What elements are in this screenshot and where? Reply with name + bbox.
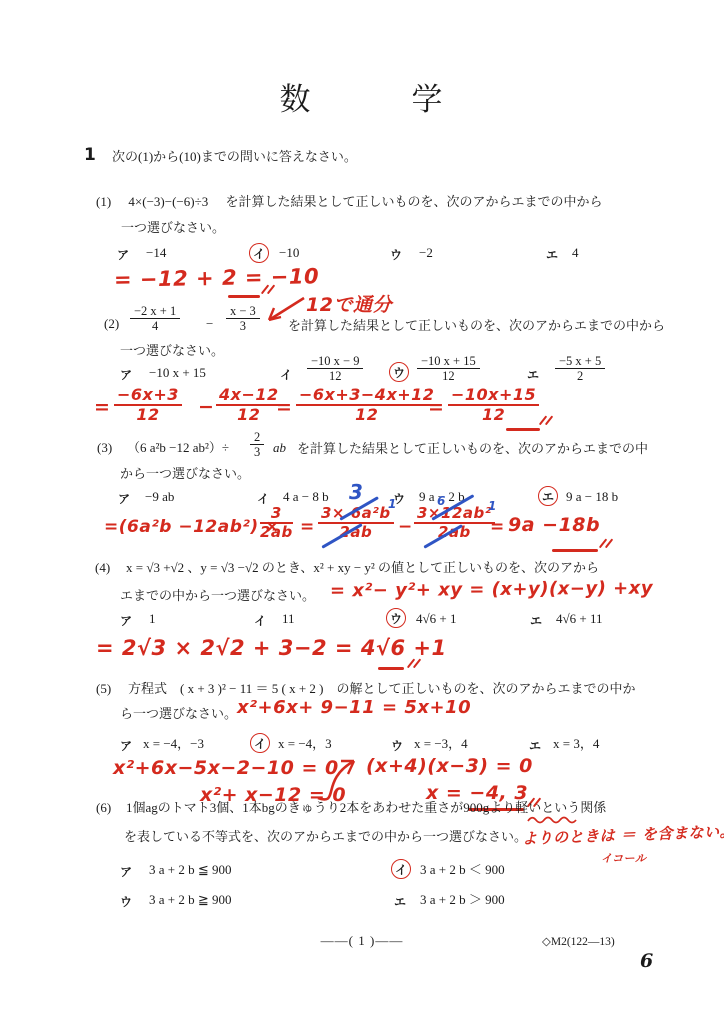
handwritten-work-q4: = 2√3 × 2√2 + 3−2 = 4√6 +1 [96,636,447,660]
option-b-value: −10 [279,245,299,261]
handwritten-work-3: (x+4)(x−3) = 0 [366,755,533,777]
answer-underline [228,295,260,298]
option-d-letter: エ [529,737,541,754]
answer-underline [506,428,540,431]
option-a-value: 3 a + 2 b ≦ 900 [149,862,232,878]
handwritten-work-q1: = −12 + 2 = −10 [114,264,319,292]
question-label: (3) [97,440,112,456]
blue-cancel-exponent: 1 [388,497,397,511]
option-b-letter: イ [280,366,292,383]
option-a-value: x = −4，−3 [143,736,204,752]
question-statement: 方程式 ( x + 3 )² − 11 ＝ 5 ( x + 2 ) の解として正… [128,681,635,697]
question-statement-2: 一つ選びなさい。 [120,343,224,359]
check-tick [408,658,422,671]
option-c-value: 3 a + 2 b ≧ 900 [149,892,232,908]
handwritten-result: 9a −18b [508,514,600,536]
option-d-value: 9 a − 18 b [566,489,618,505]
option-b-value: 4 a − 8 b [283,489,329,505]
blue-note-3: 3 [349,480,363,504]
handwritten-page-number: 6 [640,950,653,972]
handwritten-equals: = [94,396,110,418]
option-c-value: 4√6 + 1 [416,611,456,627]
option-c-letter: ウ [393,364,405,381]
handwritten-fraction: 4x−12 12 [216,387,282,423]
answer-circle: イ [391,859,411,879]
option-b-fraction: −10 x − 9 12 [307,354,363,384]
minus-operator: − [206,316,213,332]
printed-fraction: x − 3 3 [226,304,260,334]
handwritten-equals: = [276,396,292,418]
option-c-letter: ウ [390,246,402,263]
handwritten-equals: = [428,396,444,418]
option-a-letter: ア [118,490,130,507]
wavy-underline [527,816,577,825]
option-a-letter: ア [120,612,132,629]
option-a-letter: ア [117,246,129,263]
check-tick [600,538,614,551]
option-b-value: 11 [282,611,295,627]
option-a-value: −10 x + 15 [149,365,206,381]
handwritten-note-sub: イコール [601,850,646,866]
option-a-letter: ア [120,366,132,383]
printed-fraction: −2 x + 1 4 [130,304,180,334]
handwritten-equals: = [300,517,315,537]
question-label: (1) [96,194,111,209]
option-b-letter: イ [395,861,407,878]
footer-doc-code: ◇M2(122—13) [542,934,615,948]
question-statement: を計算した結果として正しいものを、次のアからエまでの中から [225,194,602,209]
question-label: (6) [96,800,111,816]
handwritten-fraction: −10x+15 12 [448,387,539,423]
option-d-value: x = 3，4 [553,736,599,752]
option-d-letter: エ [542,488,554,505]
option-b-letter: イ [254,735,266,752]
option-d-value: 3 a + 2 b ＞ 900 [420,892,505,908]
flow-arrow-icon [312,748,366,804]
option-d-letter: エ [527,366,539,383]
option-c-letter: ウ [391,737,403,754]
handwritten-minus: − [198,396,214,418]
question-label: (5) [96,681,111,697]
handwritten-work-1: x²+6x−5x−2−10 = 0 [113,757,339,779]
question-statement: を計算した結果として正しいものを、次のアからエまでの中 [297,441,648,457]
answer-circle: ウ [389,362,409,382]
option-b-letter: イ [254,612,266,629]
exam-page: 数 学 1 次の(1)から(10)までの問いに答えなさい。 (1) 4×(−3)… [0,0,724,1024]
option-b-letter: イ [253,245,265,262]
question-label: (2) [104,316,119,332]
footer-page-number: ——( 1 )—— [0,933,724,949]
option-a-value: −9 ab [145,489,174,505]
question-expression-close: ab [273,440,286,456]
option-d-value: 4 [572,245,579,261]
handwritten-fraction: 3×12ab² 2ab [414,506,495,540]
question-statement: x = √3 +√2 、y = √3 −√2 のとき、x² + xy − y² … [126,560,599,576]
option-d-letter: エ [546,246,558,263]
option-c-letter: ウ [390,610,402,627]
question-expression: 4×(−3)−(−6)÷3 [128,194,208,209]
handwritten-work-pre: =(6a²b −12ab²) × [104,517,280,537]
option-c-value: x = −3，4 [414,736,468,752]
option-a-letter: ア [120,737,132,754]
question-expression: （6 a²b −12 ab²）÷ [127,440,229,456]
option-a-value: −14 [146,245,166,261]
exam-title: 数 学 [0,74,724,119]
blue-cancel-exponent: 1 [488,499,497,513]
answer-circle: ウ [386,608,406,628]
option-b-value: 3 a + 2 b ＜ 900 [420,862,505,878]
handwritten-equals: = [490,517,505,537]
option-b-letter: イ [257,490,269,507]
answer-circle: イ [250,733,270,753]
section-number: 1 [84,145,96,165]
question-statement-2: を表している不等式を、次のアからエまでの中から一つ選びなさい。 [124,829,527,845]
question-statement: 1個agのトマト3個、1本bgのきゅうり2本をあわせた重さが900gより軽いとい… [126,800,606,816]
option-d-value: 4√6 + 11 [556,611,602,627]
option-a-value: 1 [149,611,156,627]
option-c-value: −2 [419,245,433,261]
handwritten-minus: − [398,517,413,537]
printed-fraction: 2 3 [250,430,264,460]
question-statement-2: エまでの中から一つ選びなさい。 [120,588,315,604]
question-statement-2: 一つ選びなさい。 [121,220,225,236]
option-a-letter: ア [120,863,132,880]
answer-underline [552,549,598,552]
option-c-letter: ウ [120,893,132,910]
option-d-fraction: −5 x + 5 2 [555,354,605,384]
handwritten-note-q4: = x²− y²+ xy = (x+y)(x−y) +xy [330,578,653,602]
option-c-fraction: −10 x + 15 12 [417,354,480,384]
answer-underline [378,667,404,670]
check-tick [540,415,554,428]
option-d-letter: エ [530,612,542,629]
handwritten-fraction: −6x+3−4x+12 12 [296,387,437,423]
handwritten-fraction: 3 2ab [260,506,293,540]
question-label: (4) [95,560,110,576]
handwritten-fraction: −6x+3 12 [114,387,182,423]
question-statement-2: から一つ選びなさい。 [120,466,250,482]
answer-circle: エ [538,486,558,506]
handwritten-note-q5: x²+6x+ 9−11 = 5x+10 [237,697,471,718]
question-statement: を計算した結果として正しいものを、次のアからエまでの中から [288,318,665,334]
section-intro: 次の(1)から(10)までの問いに答えなさい。 [112,149,357,165]
option-d-letter: エ [394,893,406,910]
question-statement-2: ら一つ選びなさい。 [120,706,237,722]
handwritten-hint: 12で通分 [306,290,392,317]
answer-circle: イ [249,243,269,263]
